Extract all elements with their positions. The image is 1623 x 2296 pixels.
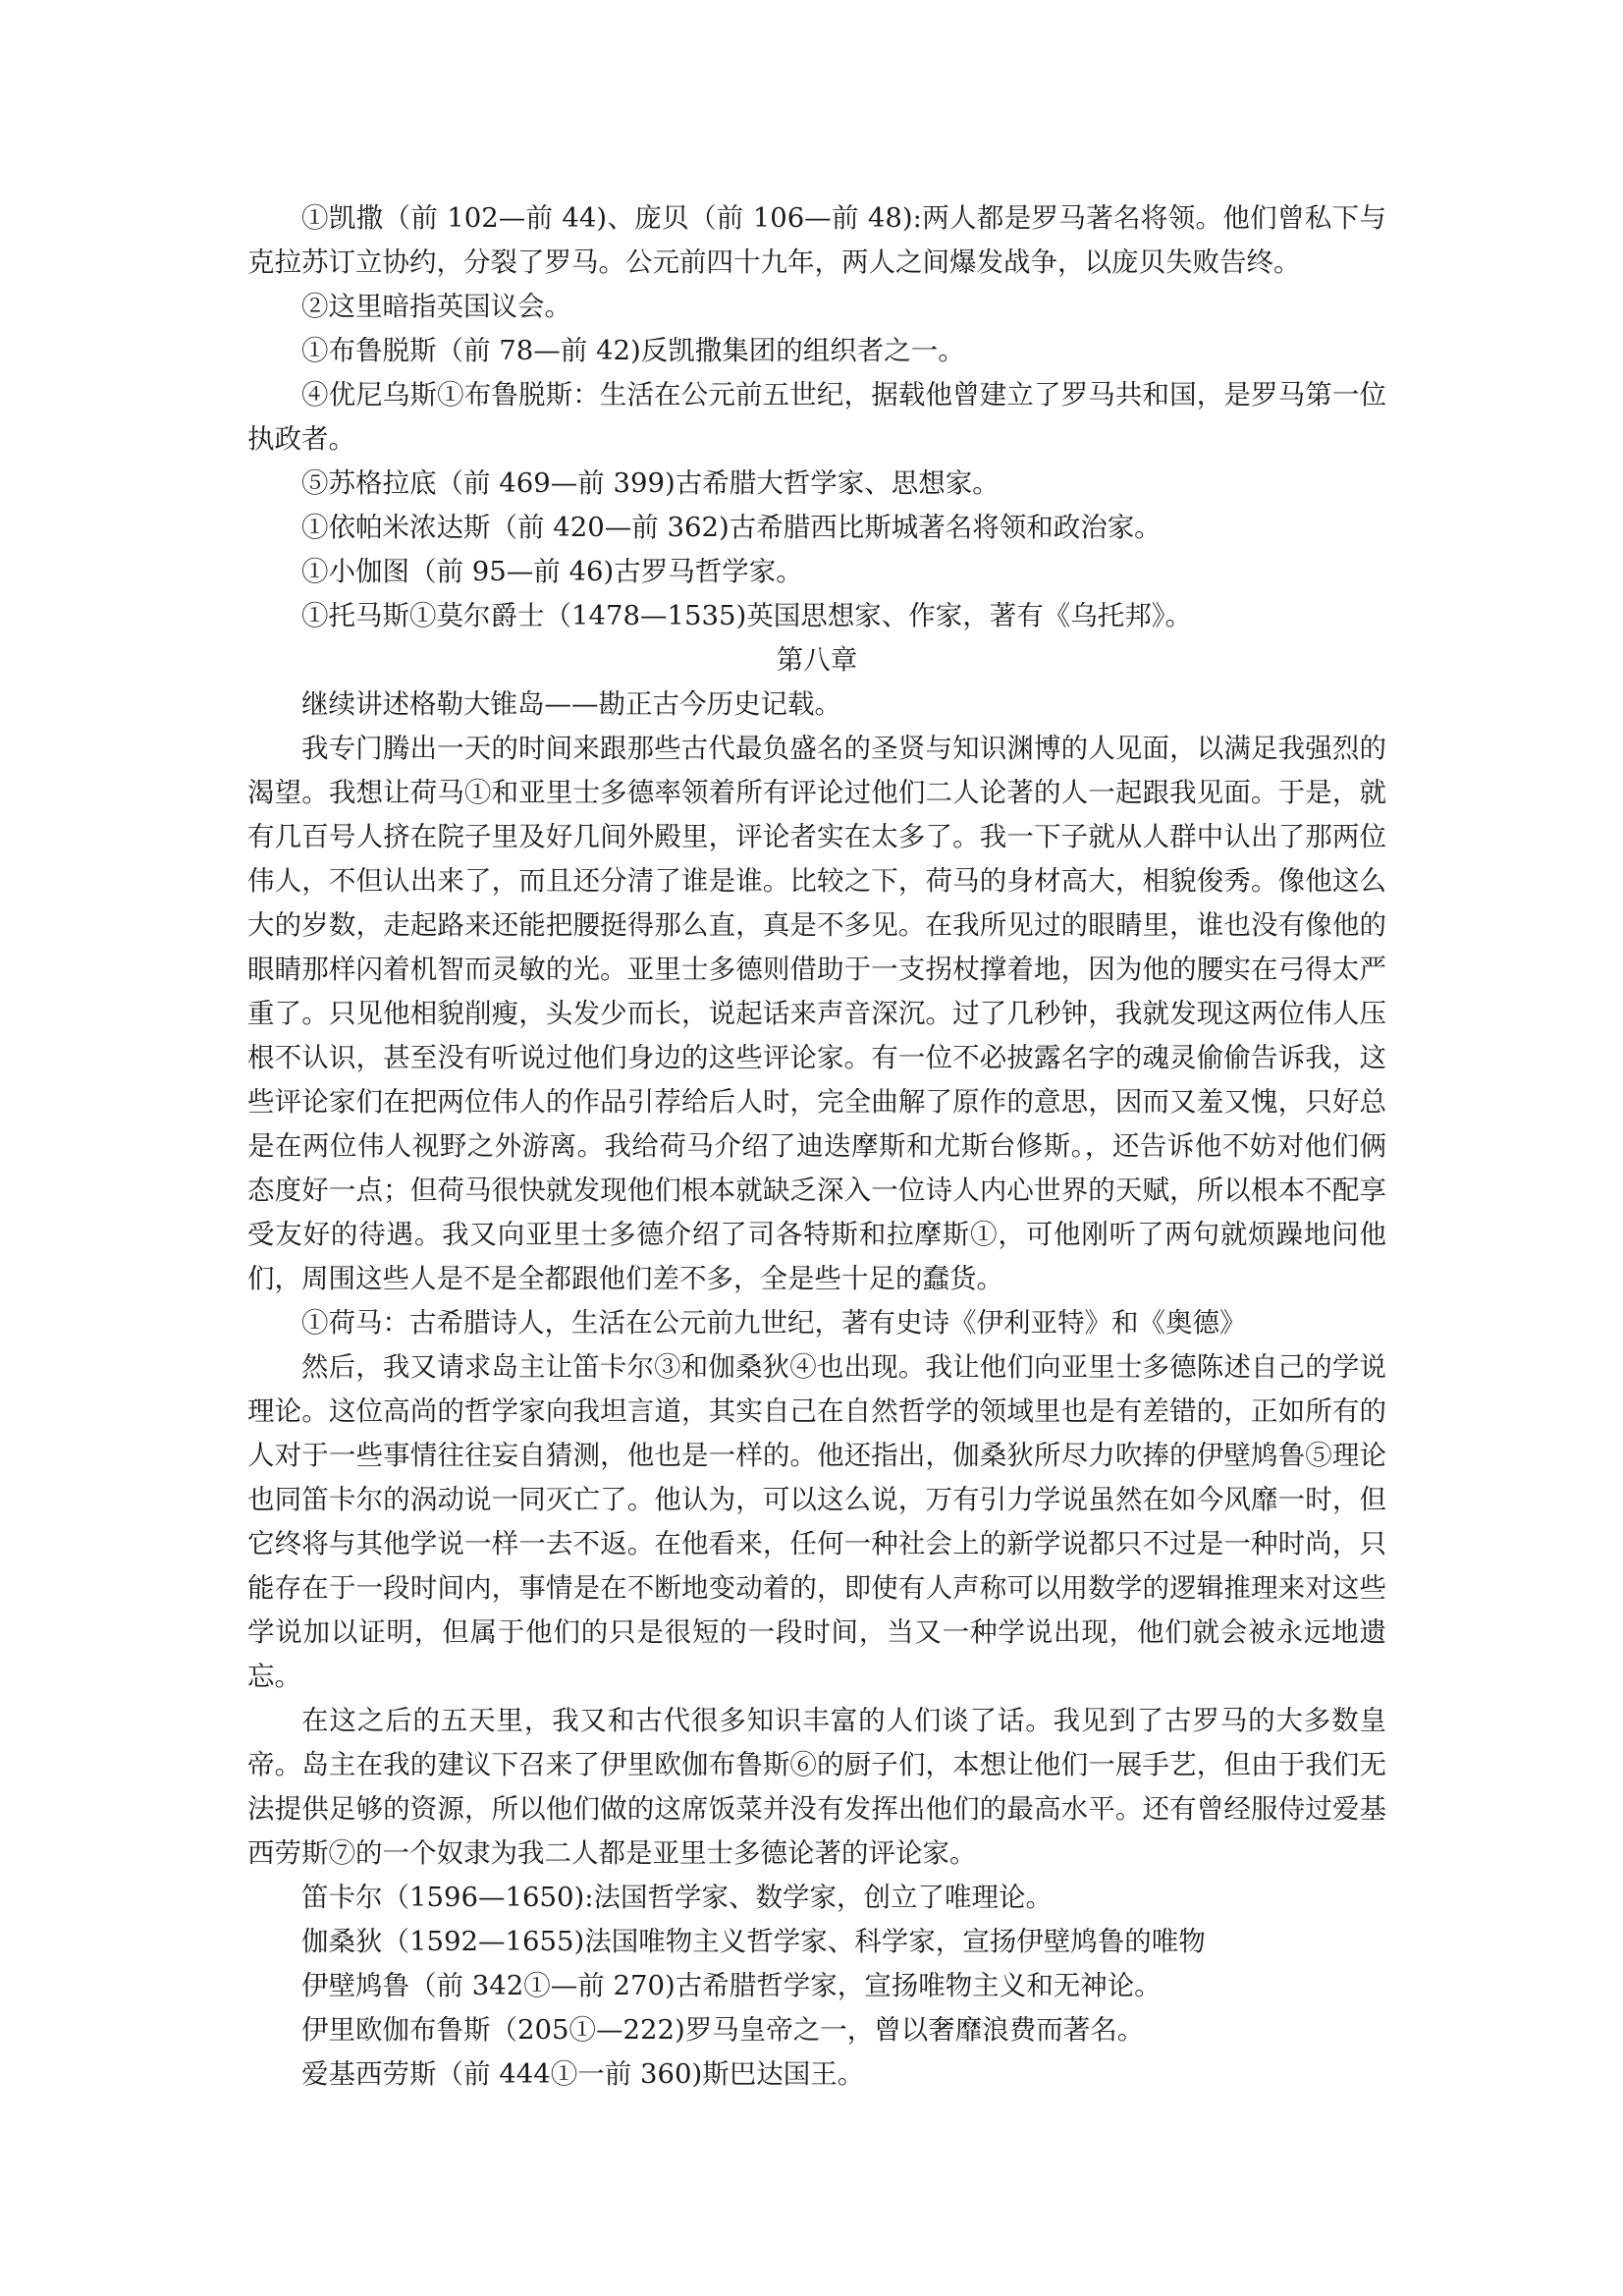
footnote-thomas-more: ①托马斯①莫尔爵士（1478—1535)英国思想家、作家，著有《乌托邦》。 [247,594,1386,638]
footnote-agesilaus: 爱基西劳斯（前 444①一前 360)斯巴达国王。 [247,2052,1386,2097]
footnote-gassendi: 伽桑狄（1592—1655)法国唯物主义哲学家、科学家，宣扬伊壁鸠鲁的唯物 [247,1920,1386,1964]
footnote-cato: ①小伽图（前 95—前 46)古罗马哲学家。 [247,550,1386,594]
footnote-parliament: ②这里暗指英国议会。 [247,285,1386,329]
footnote-homer: ①荷马：古希腊诗人，生活在公元前九世纪，著有史诗《伊利亚特》和《奥德》 [247,1301,1386,1345]
document-page: ①凯撒（前 102—前 44)、庞贝（前 106—前 48):两人都是罗马著名将… [247,196,1386,2097]
body-paragraph: 我专门腾出一天的时间来跟那些古代最负盛名的圣贤与知识渊博的人见面，以满足我强烈的… [247,727,1386,1301]
footnote-heliogabalus: 伊里欧伽布鲁斯（205①—222)罗马皇帝之一，曾以奢靡浪费而著名。 [247,2008,1386,2052]
footnote-descartes: 笛卡尔（1596—1650):法国哲学家、数学家，创立了唯理论。 [247,1876,1386,1920]
footnote-epaminondas: ①依帕米浓达斯（前 420—前 362)古希腊西比斯城著名将领和政治家。 [247,506,1386,550]
chapter-summary: 继续讲述格勒大锥岛——勘正古今历史记载。 [247,683,1386,727]
footnote-brutus: ①布鲁脱斯（前 78—前 42)反凯撒集团的组织者之一。 [247,329,1386,373]
chapter-title: 第八章 [247,638,1386,683]
footnote-junius-brutus: ④优尼乌斯①布鲁脱斯：生活在公元前五世纪，据载他曾建立了罗马共和国，是罗马第一位… [247,373,1386,462]
footnote-caesar-pompey: ①凯撒（前 102—前 44)、庞贝（前 106—前 48):两人都是罗马著名将… [247,196,1386,285]
body-paragraph: 在这之后的五天里，我又和古代很多知识丰富的人们谈了话。我见到了古罗马的大多数皇帝… [247,1699,1386,1876]
footnote-epicurus: 伊壁鸠鲁（前 342①—前 270)古希腊哲学家，宣扬唯物主义和无神论。 [247,1964,1386,2008]
body-paragraph: 然后，我又请求岛主让笛卡尔③和伽桑狄④也出现。我让他们向亚里士多德陈述自己的学说… [247,1345,1386,1699]
footnote-socrates: ⑤苏格拉底（前 469—前 399)古希腊大哲学家、思想家。 [247,462,1386,506]
